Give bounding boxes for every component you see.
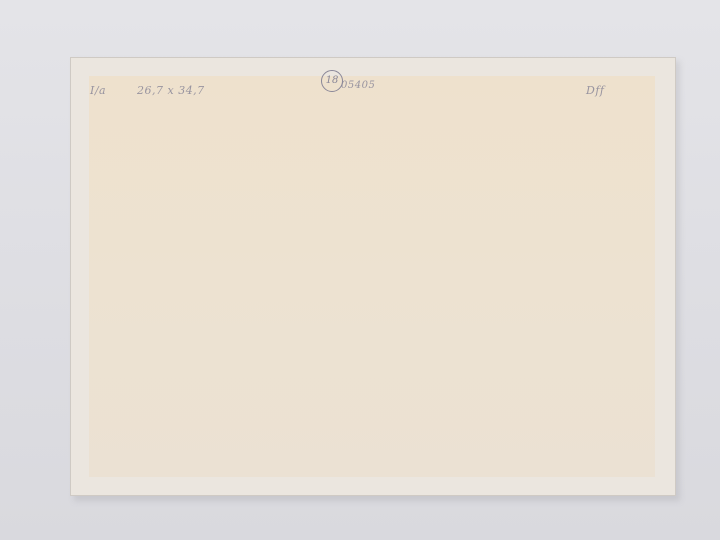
annotation-top-right-code: Dff: [586, 84, 604, 97]
paper-inner-area: [89, 76, 655, 477]
annotation-inventory-number: 05405: [341, 80, 375, 91]
paper-sheet: [70, 57, 676, 496]
annotation-circled-number: 18: [321, 70, 343, 92]
annotation-top-left-code: I/a: [90, 84, 106, 97]
annotation-dimensions: 26,7 x 34,7: [137, 84, 205, 97]
